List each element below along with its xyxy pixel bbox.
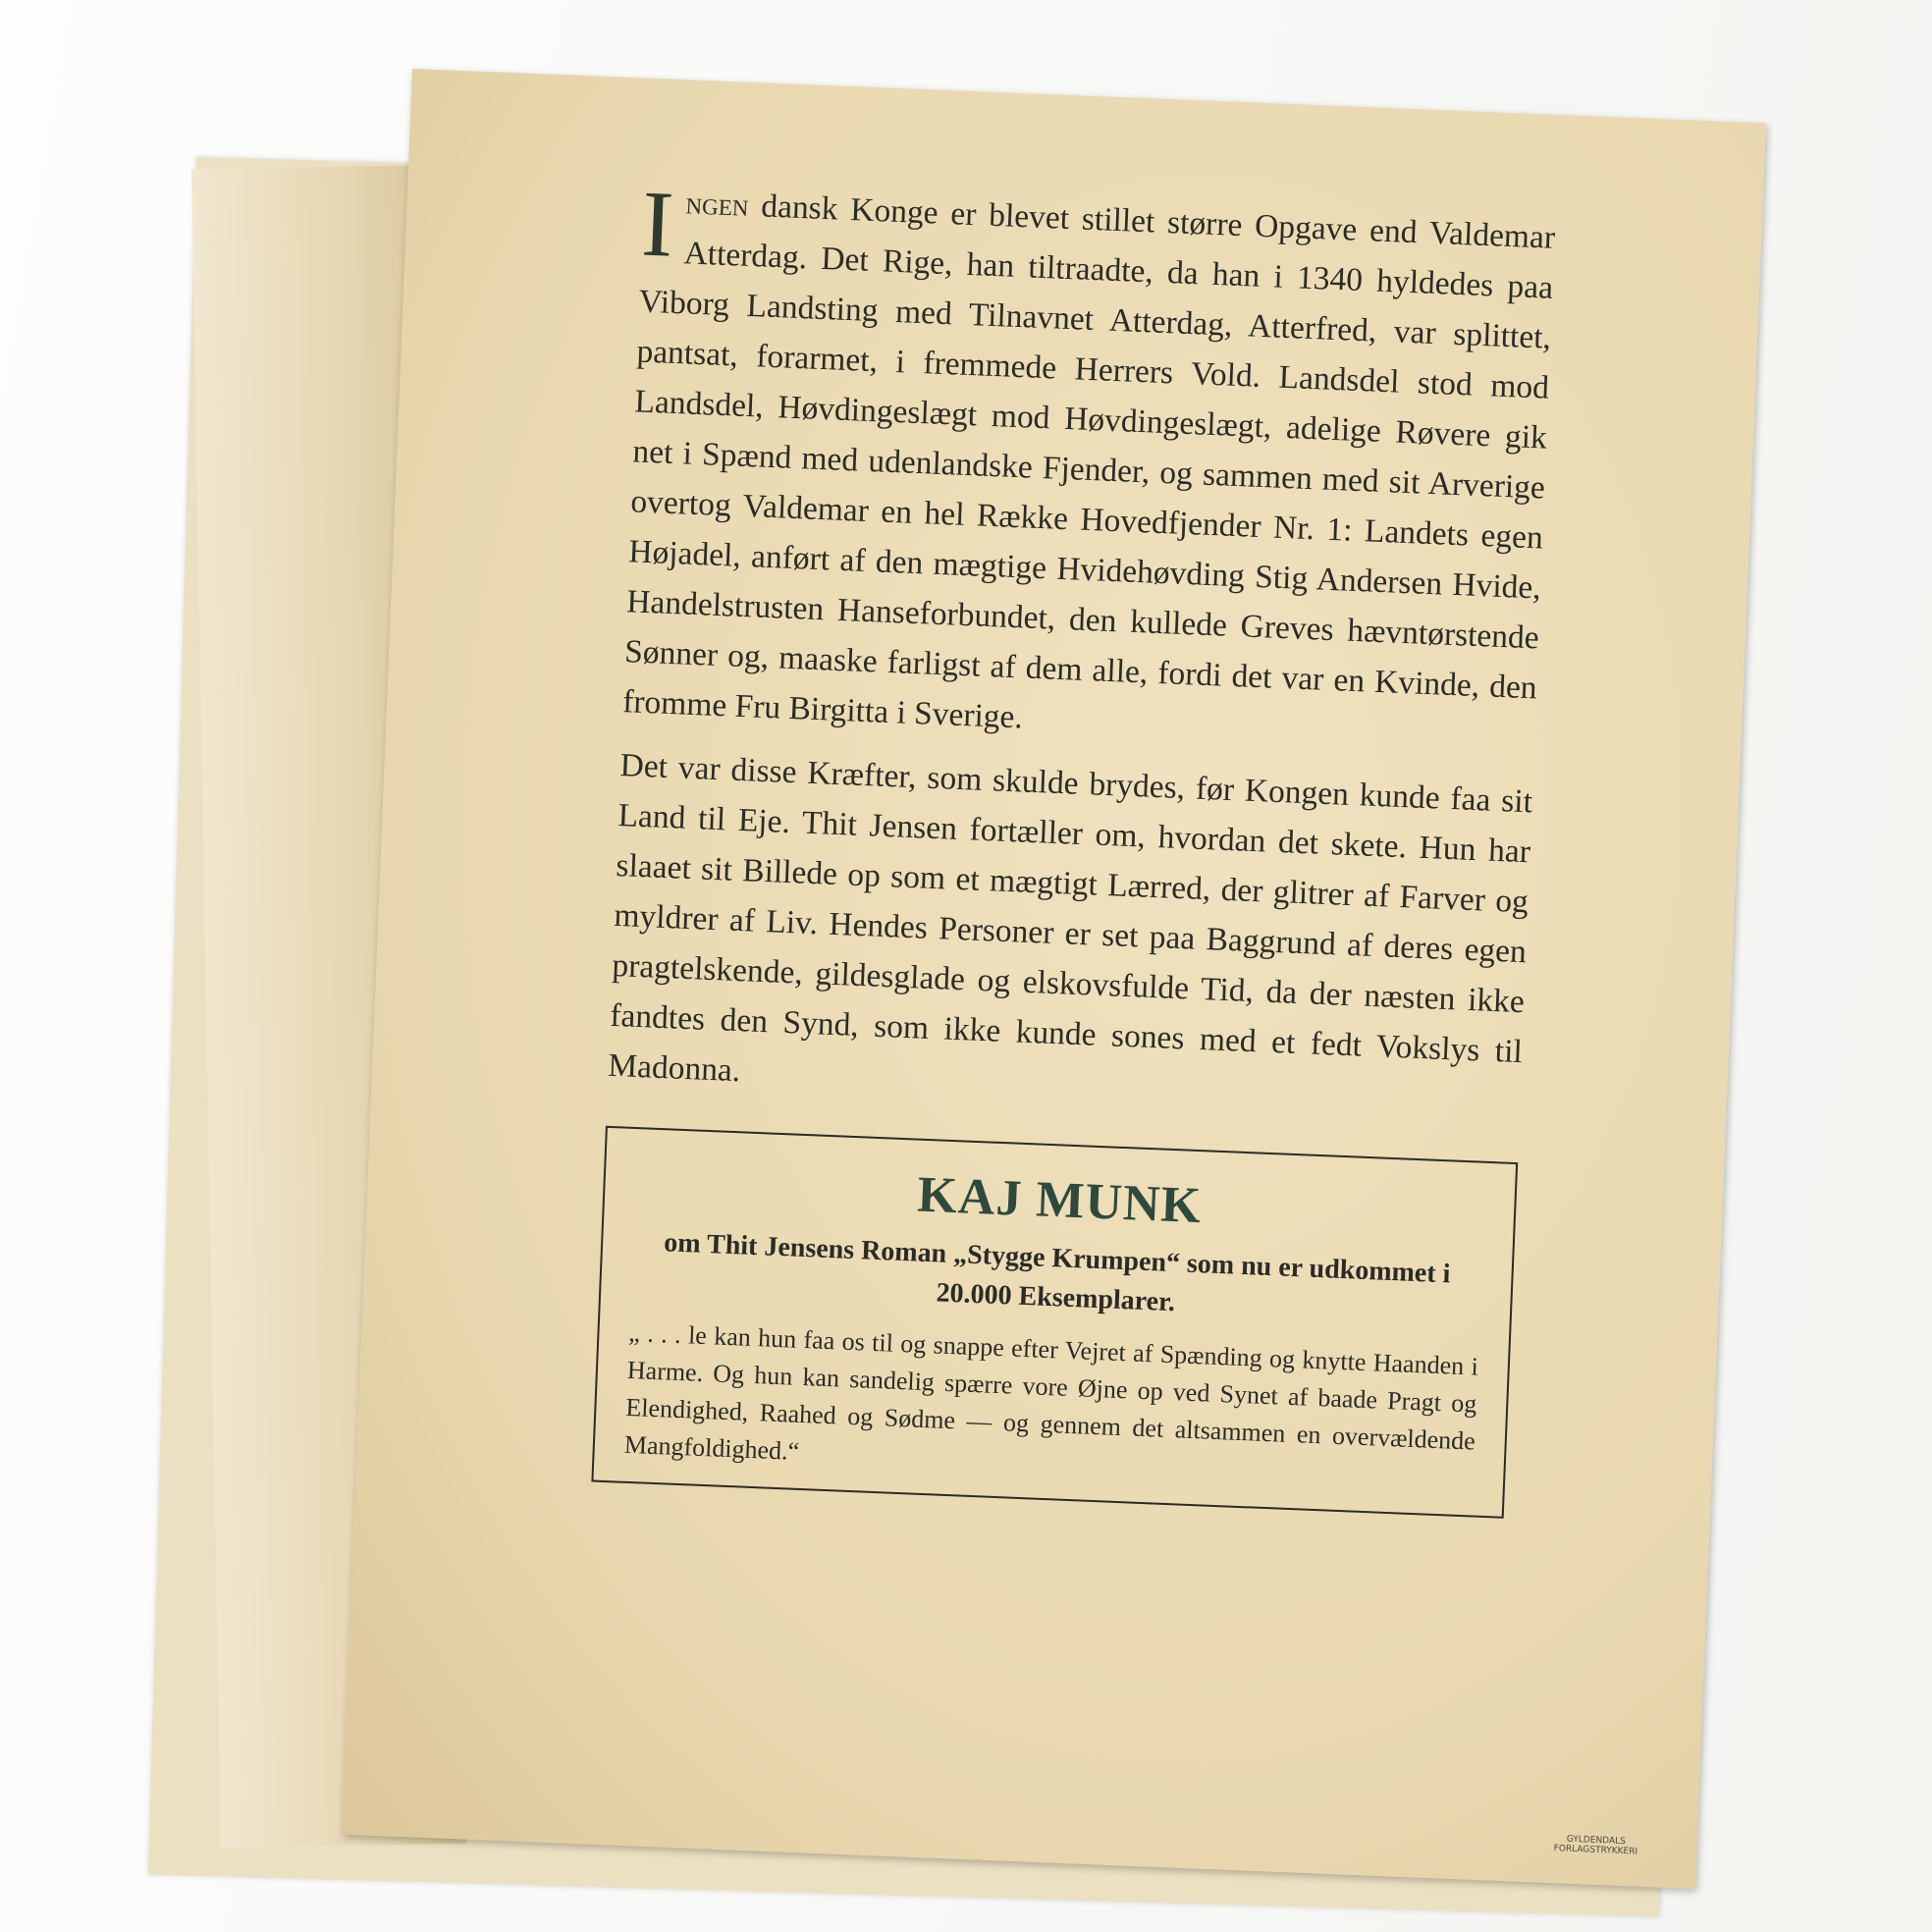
imprint-line-2: FORLAGSTRYKKERI	[1553, 1844, 1637, 1856]
paragraph-2: Det var disse Kræfter, som skulde brydes…	[607, 740, 1533, 1127]
paragraph-1-text: dansk Konge er blevet stillet større Opg…	[622, 188, 1556, 736]
book-back-cover: Ingen dansk Konge er blevet stillet stør…	[342, 69, 1766, 1889]
review-box: KAJ MUNK om Thit Jensens Roman „Stygge K…	[591, 1126, 1518, 1519]
printer-imprint: GYLDENDALS FORLAGSTRYKKERI	[1553, 1834, 1637, 1856]
blurb-text: Ingen dansk Konge er blevet stillet stør…	[591, 177, 1556, 1519]
drop-cap: I	[640, 185, 674, 264]
first-word-smallcaps: ngen	[685, 185, 749, 224]
review-quote: „ . . . le kan hun faa os til og snappe …	[623, 1315, 1478, 1498]
paragraph-1: Ingen dansk Konge er blevet stillet stør…	[621, 177, 1556, 764]
